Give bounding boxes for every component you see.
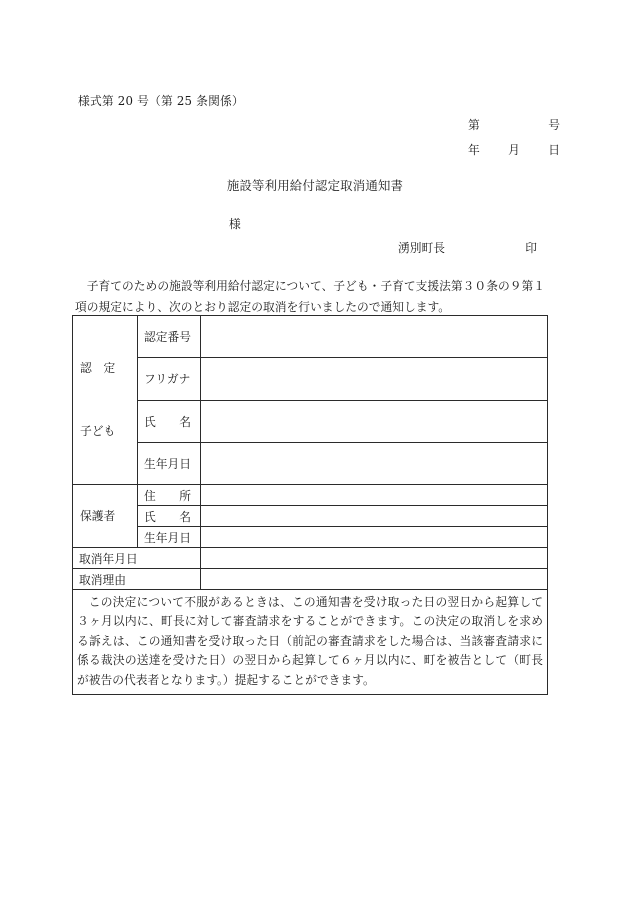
table-row: 生年月日 (73, 527, 548, 548)
doc-number-line: 第 号 (468, 112, 560, 137)
doc-number-prefix: 第 (468, 116, 480, 133)
page-title: 施設等利用給付認定取消通知書 (0, 176, 630, 194)
date-month-label: 月 (508, 141, 520, 158)
field-label-guardian-birthdate: 生年月日 (138, 527, 201, 548)
table-row: 認 定 子ども 認定番号 (73, 316, 548, 358)
field-label-cancel-reason: 取消理由 (73, 569, 201, 590)
notification-body-text: 子育てのための施設等利用給付認定について、子ども・子育て支援法第３０条の９第１項… (75, 276, 545, 318)
table-row: この決定について不服があるときは、この通知書を受け取った日の翌日から起算して３ヶ… (73, 590, 548, 695)
appeal-note-cell: この決定について不服があるときは、この通知書を受け取った日の翌日から起算して３ヶ… (73, 590, 548, 695)
field-label-child-birthdate: 生年月日 (138, 442, 201, 484)
seal-placeholder: 印 (525, 239, 537, 256)
field-value-child-birthdate (201, 442, 548, 484)
guardian-group-header: 保護者 (73, 485, 138, 548)
field-label-cert-number: 認定番号 (138, 316, 201, 358)
table-row: 生年月日 (73, 442, 548, 484)
table-row: 取消理由 (73, 569, 548, 590)
field-value-furigana (201, 358, 548, 400)
appeal-note-text: この決定について不服があるときは、この通知書を受け取った日の翌日から起算して３ヶ… (77, 593, 543, 690)
field-value-cancel-date (201, 548, 548, 569)
field-value-guardian-name (201, 506, 548, 527)
field-label-furigana: フリガナ (138, 358, 201, 400)
date-line: 年 月 日 (468, 137, 560, 162)
form-number: 様式第 20 号（第 25 条関係） (78, 92, 244, 109)
table-row: 取消年月日 (73, 548, 548, 569)
field-value-address (201, 485, 548, 506)
certification-cancellation-table: 認 定 子ども 認定番号 フリガナ 氏 名 生年月日 保護者 住 所 (72, 315, 548, 695)
table-row: 保護者 住 所 (73, 485, 548, 506)
field-label-address: 住 所 (138, 485, 201, 506)
table-row: 氏 名 (73, 506, 548, 527)
child-group-label-line1: 認 定 (80, 358, 133, 379)
field-value-guardian-birthdate (201, 527, 548, 548)
issuer-name: 湧別町長 (398, 239, 445, 256)
field-value-child-name (201, 400, 548, 442)
field-label-guardian-name: 氏 名 (138, 506, 201, 527)
field-label-child-name: 氏 名 (138, 400, 201, 442)
child-group-label-line2: 子ども (80, 421, 133, 442)
document-page: 様式第 20 号（第 25 条関係） 第 号 年 月 日 施設等利用給付認定取消… (0, 0, 630, 903)
field-value-cert-number (201, 316, 548, 358)
table-row: フリガナ (73, 358, 548, 400)
field-label-cancel-date: 取消年月日 (73, 548, 201, 569)
table-row: 氏 名 (73, 400, 548, 442)
issuer-line: 湧別町長 印 (398, 239, 537, 256)
addressee-honorific: 様 (229, 215, 241, 232)
date-year-label: 年 (468, 141, 480, 158)
doc-number-date-block: 第 号 年 月 日 (468, 112, 560, 162)
doc-number-suffix: 号 (548, 116, 560, 133)
child-group-header: 認 定 子ども (73, 316, 138, 485)
date-day-label: 日 (548, 141, 560, 158)
field-value-cancel-reason (201, 569, 548, 590)
